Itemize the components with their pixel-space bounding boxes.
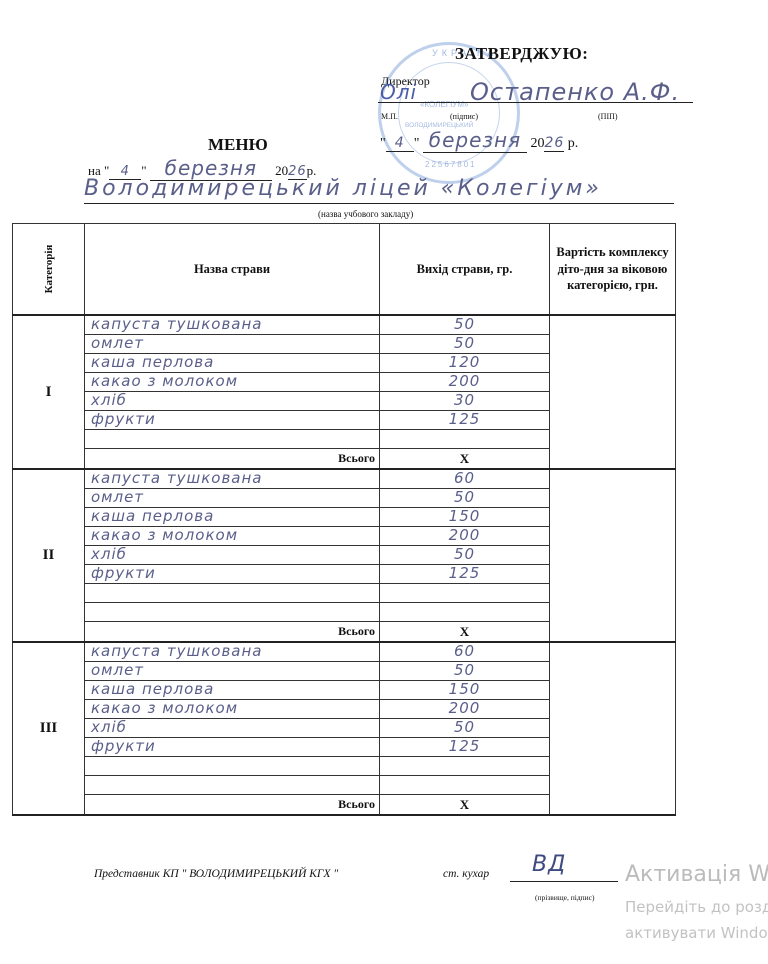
output-cell: 60 [380,642,550,662]
dish-name: каша перлова [85,507,214,525]
header-output: Вихід страви, гр. [380,224,550,316]
dish-name: фрукти [85,737,156,755]
output-value: 150 [449,680,481,698]
approval-year-unit: р. [568,136,579,151]
director-signature: Олі [380,80,417,104]
windows-activation-line2: активувати Windows [625,924,768,942]
cook-signature-line [510,881,618,882]
dish-name [85,429,91,447]
output-cell: 50 [380,546,550,565]
table-body: Iкапуста тушкована50омлет50каша перлова1… [13,315,676,815]
dish-name: каша перлова [85,680,214,698]
table-row: Iкапуста тушкована50 [13,315,676,335]
table-row: IIIкапуста тушкована60 [13,642,676,662]
date-quote-close: " [414,136,420,151]
header-dish-name: Назва страви [85,224,380,316]
dish-name-cell [85,430,380,449]
total-label: Всього [85,449,380,470]
dish-name-cell: омлет [85,335,380,354]
total-label: Всього [85,622,380,643]
dish-name: фрукти [85,564,156,582]
output-cell: 150 [380,681,550,700]
table-header-row: Категорія Назва страви Вихід страви, гр.… [13,224,676,316]
output-value: 50 [454,545,475,563]
output-cell: 50 [380,335,550,354]
dish-name-cell: фрукти [85,565,380,584]
output-cell: 125 [380,565,550,584]
category-cell: II [13,469,85,642]
school-name-field: Володимирецький ліцей «Колегіум» [84,176,674,204]
signature-caption: (підпис) [450,112,478,121]
output-cell [380,584,550,603]
output-cell: 125 [380,738,550,757]
stamp-code-text: 22567801 [425,160,477,169]
dish-name-cell: каша перлова [85,681,380,700]
output-cell: 50 [380,662,550,681]
dish-name [85,583,91,601]
cook-label: ст. кухар [443,868,489,880]
output-value: 50 [454,334,475,352]
output-value: 125 [449,410,481,428]
category-cell: III [13,642,85,815]
output-value: 125 [449,564,481,582]
dish-name: капуста тушкована [85,642,263,660]
output-cell [380,757,550,776]
name-caption: (ПІП) [598,112,618,121]
dish-name: хліб [85,545,127,563]
dish-name-cell: капуста тушкована [85,315,380,335]
output-value: 50 [454,661,475,679]
dish-name-cell: капуста тушкована [85,642,380,662]
dish-name-cell: фрукти [85,411,380,430]
output-cell [380,603,550,622]
output-value: 200 [449,699,481,717]
dish-name: капуста тушкована [85,469,263,487]
output-value: 60 [454,642,475,660]
output-cell: 200 [380,527,550,546]
output-cell: 150 [380,508,550,527]
output-value: 50 [454,718,475,736]
dish-name [85,756,91,774]
approval-day: 4 [386,135,414,152]
output-value: 30 [454,391,475,409]
cost-cell [550,642,676,815]
windows-activation-line1: Перейдіть до розділу [625,898,768,916]
dish-name-cell: хліб [85,719,380,738]
dish-name [85,602,91,620]
approval-date: "4" березня 2026 р. [380,128,578,153]
output-value: 50 [454,315,475,333]
dish-name-cell: омлет [85,489,380,508]
output-cell: 50 [380,489,550,508]
total-output: X [380,795,550,816]
dish-name-cell: какао з молоком [85,700,380,719]
approval-year-suffix: 26 [544,135,564,152]
dish-name-cell [85,603,380,622]
approval-year-prefix: 20 [530,136,544,151]
output-value: 50 [454,488,475,506]
director-name: Остапенко А.Ф. [470,78,680,106]
dish-name-cell: какао з молоком [85,373,380,392]
output-cell: 120 [380,354,550,373]
output-value: 125 [449,737,481,755]
dish-name-cell: хліб [85,392,380,411]
menu-table: Категорія Назва страви Вихід страви, гр.… [12,223,676,816]
cook-signature: ВД [532,852,566,877]
cost-cell [550,469,676,642]
school-name-caption: (назва учбового закладу) [318,209,413,219]
header-category: Категорія [13,224,85,316]
menu-title: МЕНЮ [208,135,268,155]
dish-name-cell: омлет [85,662,380,681]
dish-name-cell: фрукти [85,738,380,757]
total-output: X [380,449,550,470]
dish-name: какао з молоком [85,526,238,544]
output-cell: 30 [380,392,550,411]
output-cell: 125 [380,411,550,430]
dish-name: капуста тушкована [85,315,263,333]
dish-name-cell [85,584,380,603]
output-cell: 200 [380,373,550,392]
dish-name [85,775,91,793]
dish-name-cell [85,757,380,776]
approval-month: березня [423,128,527,153]
output-cell: 50 [380,719,550,738]
dish-name: какао з молоком [85,372,238,390]
output-value: 200 [449,372,481,390]
dish-name: омлет [85,488,144,506]
dish-name: хліб [85,391,127,409]
mp-label: М.П. [381,112,398,121]
output-cell: 200 [380,700,550,719]
category-cell: I [13,315,85,469]
header-category-label: Категорія [43,245,55,294]
output-cell [380,430,550,449]
header-cost: Вартість комплексу діто-дня за віковою к… [550,224,676,316]
windows-activation-title: Активація Windows [625,862,768,887]
dish-name: омлет [85,334,144,352]
output-cell: 60 [380,469,550,489]
output-value: 200 [449,526,481,544]
output-value: 60 [454,469,475,487]
table-row: IIкапуста тушкована60 [13,469,676,489]
cook-signature-caption: (прізвище, підпис) [535,893,594,902]
dish-name: омлет [85,661,144,679]
dish-name-cell [85,776,380,795]
dish-name: какао з молоком [85,699,238,717]
approval-title: ЗАТВЕРДЖУЮ: [455,44,588,64]
output-cell: 50 [380,315,550,335]
cost-cell [550,315,676,469]
output-value: 120 [449,353,481,371]
dish-name: хліб [85,718,127,736]
dish-name-cell: капуста тушкована [85,469,380,489]
output-cell [380,776,550,795]
dish-name-cell: каша перлова [85,508,380,527]
dish-name-cell: хліб [85,546,380,565]
total-label: Всього [85,795,380,816]
output-value: 150 [449,507,481,525]
dish-name-cell: каша перлова [85,354,380,373]
total-output: X [380,622,550,643]
dish-name: фрукти [85,410,156,428]
dish-name: каша перлова [85,353,214,371]
representative-label: Представник КП " ВОЛОДИМИРЕЦЬКИЙ КГХ " [94,868,338,880]
dish-name-cell: какао з молоком [85,527,380,546]
school-name: Володимирецький ліцей «Колегіум» [84,176,602,201]
